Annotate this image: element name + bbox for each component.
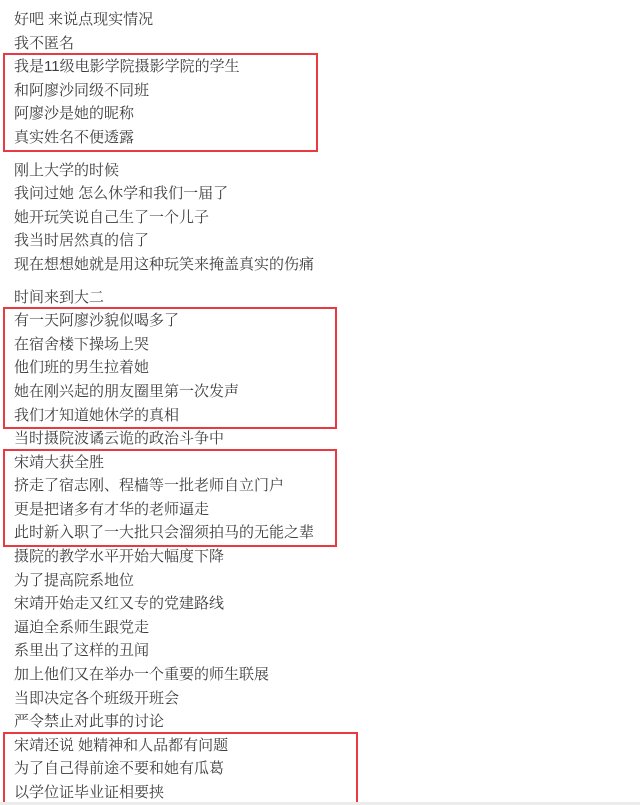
paragraph: 当时摄院波谲云诡的政治斗争中 xyxy=(14,427,640,451)
text-line: 我不匿名 xyxy=(14,32,640,56)
text-line: 严令禁止对此事的讨论 xyxy=(14,710,640,734)
text-line: 他们班的男生拉着她 xyxy=(14,356,335,380)
text-line: 时间来到大二 xyxy=(14,286,640,310)
text-line: 她在刚兴起的朋友圈里第一次发声 xyxy=(14,380,335,404)
text-line: 刚上大学的时候 xyxy=(14,159,640,183)
text-line: 为了自己得前途不要和她有瓜葛 xyxy=(14,757,356,781)
post-page: 好吧 来说点现实情况我不匿名我是11级电影学院摄影学院的学生和阿廖沙同级不同班阿… xyxy=(0,0,640,805)
text-line: 我当时居然真的信了 xyxy=(14,229,640,253)
text-line: 挤走了宿志刚、程樯等一批老师自立门户 xyxy=(14,474,335,498)
text-line: 当即决定各个班级开班会 xyxy=(14,687,640,711)
text-line: 摄院的教学水平开始大幅度下降 xyxy=(14,545,640,569)
paragraph: 刚上大学的时候我问过她 怎么休学和我们一届了她开玩笑说自己生了一个儿子我当时居然… xyxy=(14,159,640,277)
text-line: 更是把诸多有才华的老师逼走 xyxy=(14,498,335,522)
text-line: 加上他们又在举办一个重要的师生联展 xyxy=(14,663,640,687)
highlight-box: 宋靖大获全胜挤走了宿志刚、程樯等一批老师自立门户更是把诸多有才华的老师逼走此时新… xyxy=(3,449,337,547)
text-line: 有一天阿廖沙貌似喝多了 xyxy=(14,309,335,333)
text-line: 宋靖开始走又红又专的党建路线 xyxy=(14,592,640,616)
text-line: 阿廖沙是她的昵称 xyxy=(14,102,316,126)
text-line: 好吧 来说点现实情况 xyxy=(14,8,640,32)
text-line: 现在想想她就是用这种玩笑来掩盖真实的伤痛 xyxy=(14,253,640,277)
text-line: 为了提高院系地位 xyxy=(14,569,640,593)
text-line: 我是11级电影学院摄影学院的学生 xyxy=(14,55,316,79)
paragraph: 好吧 来说点现实情况我不匿名 xyxy=(14,8,640,55)
text-line: 在宿舍楼下操场上哭 xyxy=(14,333,335,357)
highlight-box: 我是11级电影学院摄影学院的学生和阿廖沙同级不同班阿廖沙是她的昵称真实姓名不便透… xyxy=(3,53,318,151)
text-line: 宋靖大获全胜 xyxy=(14,451,335,475)
highlight-box: 宋靖还说 她精神和人品都有问题为了自己得前途不要和她有瓜葛以学位证毕业证相要挟 xyxy=(3,732,358,805)
text-line: 此时新入职了一大批只会溜须拍马的无能之辈 xyxy=(14,521,335,545)
text-line: 和阿廖沙同级不同班 xyxy=(14,79,316,103)
paragraph: 摄院的教学水平开始大幅度下降为了提高院系地位宋靖开始走又红又专的党建路线逼迫全系… xyxy=(14,545,640,734)
text-line: 我们才知道她休学的真相 xyxy=(14,404,335,428)
text-line: 她开玩笑说自己生了一个儿子 xyxy=(14,206,640,230)
text-line: 宋靖还说 她精神和人品都有问题 xyxy=(14,734,356,758)
text-line: 逼迫全系师生跟党走 xyxy=(14,616,640,640)
text-line: 当时摄院波谲云诡的政治斗争中 xyxy=(14,427,640,451)
text-line: 系里出了这样的丑闻 xyxy=(14,639,640,663)
highlight-box: 有一天阿廖沙貌似喝多了在宿舍楼下操场上哭他们班的男生拉着她她在刚兴起的朋友圈里第… xyxy=(3,307,337,429)
text-line: 真实姓名不便透露 xyxy=(14,126,316,150)
post-content: 好吧 来说点现实情况我不匿名我是11级电影学院摄影学院的学生和阿廖沙同级不同班阿… xyxy=(0,0,640,805)
paragraph: 时间来到大二 xyxy=(14,286,640,310)
text-line: 我问过她 怎么休学和我们一届了 xyxy=(14,182,640,206)
